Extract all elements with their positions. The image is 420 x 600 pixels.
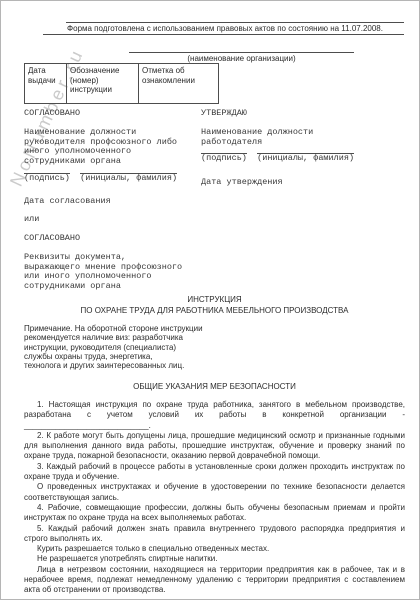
issue-table-col-date: Дата выдачи [25,64,67,104]
document-page: NoNumber.ru Форма подготовлена с использ… [0,0,420,600]
document-requisites-block: Реквизиты документа, выражающего мнение … [24,253,199,291]
name-caption: (инициалы, фамилия) [257,153,354,164]
body-paragraph: О проведенных инструктажах и обучение в … [24,482,405,503]
approver-position-block: Наименование должности работодателя [201,128,381,147]
section-heading: ОБЩИЕ УКАЗАНИЯ МЕР БЕЗОПАСНОСТИ [24,382,405,392]
approval-date-label: Дата утверждения [201,178,283,188]
body-paragraph: 2. К работе могут быть допущены лица, пр… [24,431,405,462]
body-text: 1. Настоящая инструкция по охране труда … [24,400,405,596]
issue-table-col-acknowledgement: Отметка об ознакомлении [139,64,219,104]
agreed-label-2: СОГЛАСОВАНО [24,234,80,244]
agreement-date-label: Дата согласования [24,197,111,207]
document-title-line1: ИНСТРУКЦИЯ [24,294,405,305]
header-rule-bottom [43,34,404,35]
body-paragraph: Не разрешается употреблять спиртные напи… [24,554,405,564]
body-paragraph: Лица в нетрезвом состоянии, находящиеся … [24,565,405,596]
document-title: ИНСТРУКЦИЯ ПО ОХРАНЕ ТРУДА ДЛЯ РАБОТНИКА… [24,294,405,316]
approve-label: УТВЕРЖДАЮ [201,109,247,119]
name-caption: (инициалы, фамилия) [80,173,177,184]
document-title-line2: ПО ОХРАНЕ ТРУДА ДЛЯ РАБОТНИКА МЕБЕЛЬНОГО… [24,305,405,316]
issue-table-header-row: Дата выдачи Обозначение (номер) инструкц… [25,64,219,104]
header-rule-top [66,22,404,23]
issue-table-col-number: Обозначение (номер) инструкции [67,64,139,104]
body-paragraph: Курить разрешается только в специально о… [24,544,405,554]
org-name-field-line [129,52,354,53]
signature-caption: (подпись) [24,173,70,184]
body-paragraph: 5. Каждый рабочий должен знать правила в… [24,524,405,545]
form-prepared-note: Форма подготовлена с использованием прав… [46,24,404,34]
approver-signature-row: (подпись) (инициалы, фамилия) [201,153,354,164]
agreed-label: СОГЛАСОВАНО [24,109,80,119]
body-paragraph: 1. Настоящая инструкция по охране труда … [24,400,405,431]
body-paragraph: 4. Рабочие, совмещающие профессии, должн… [24,503,405,524]
agreed-position-block: Наименование должности руководителя проф… [24,128,199,166]
body-paragraph: 3. Каждый рабочий в процессе работы в ус… [24,462,405,483]
agreed-signature-row: (подпись) (инициалы, фамилия) [24,173,177,184]
or-label: или [24,215,39,225]
visa-note: Примечание. На оборотной стороне инструк… [24,324,254,370]
issue-info-table: Дата выдачи Обозначение (номер) инструкц… [24,63,219,104]
signature-caption: (подпись) [201,153,247,164]
